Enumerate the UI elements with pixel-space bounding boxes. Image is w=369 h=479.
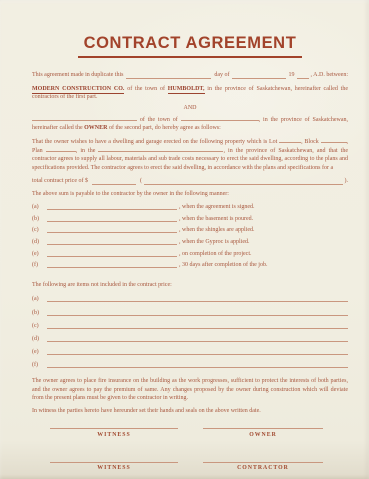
price-amount-blank [92,179,136,185]
first-party-clause: MODERN CONSTRUCTION CO. of the town of H… [32,85,348,101]
contractor-company-name: MODERN CONSTRUCTION CO. [32,86,124,94]
signature-field: OWNER [203,428,323,438]
intro-line: This agreement made in duplicate this da… [32,71,348,79]
payment-item-label: (c) [32,226,47,234]
property-text-5: , in the [76,148,99,154]
exclusion-item-blank [47,349,348,355]
price-words-blank [144,179,343,185]
property-clause: That the owner wishes to have a dwelling… [32,137,348,172]
contract-agreement-page: CONTRACT AGREEMENT This agreement made i… [0,0,369,479]
plan-blank [46,146,76,152]
exclusion-item-label: (b) [32,309,47,317]
contractor-label: CONTRACTOR [203,465,323,471]
exclusion-item: (f) [32,361,348,369]
exclusion-item: (b) [32,309,348,317]
exclusion-item: (c) [32,322,348,330]
price-text-1: total contract price of $ [32,177,88,185]
exclusion-item-label: (c) [32,322,47,330]
payment-amount-blank [47,262,177,268]
payment-item-label: (d) [32,238,47,246]
signature-field: WITNESS [50,462,178,472]
payment-amount-blank [47,251,177,257]
exclusion-item-label: (f) [32,361,47,369]
year-blank [297,73,309,79]
and-separator: AND [32,105,348,111]
insurance-clause: The owner agrees to place fire insurance… [32,377,348,402]
payment-item: (b) , when the basement is poured. [32,215,348,223]
exclusion-item: (d) [32,335,348,343]
payment-item: (f) , 30 days after completion of the jo… [32,261,348,269]
payment-item: (e) , on completion of the project. [32,250,348,258]
exclusion-item-label: (e) [32,348,47,356]
price-line: total contract price of $ ( ). [32,177,348,185]
owner-label: OWNER [203,432,323,438]
witness-label: WITNESS [50,432,178,438]
owner-word: OWNER [84,125,107,131]
second-party-text-1: of the town of [137,117,181,123]
contractor-town-name: HUMBOLDT, [168,86,205,94]
intro-text-4: , A.D. between: [311,71,349,79]
exclusion-item-blank [47,336,348,342]
signature-field: WITNESS [50,428,178,438]
payment-item-text: , when the shingles are applied. [179,226,254,234]
intro-text-2: day of [214,71,229,79]
payment-amount-blank [47,239,177,245]
payment-item-label: (b) [32,215,47,223]
witness-signature-line [50,428,178,429]
payment-item-text: , when the Gyproc is applied. [179,238,249,246]
block-blank [321,137,347,143]
payment-intro: The above sum is payable to the contract… [32,190,348,198]
municipality-blank [98,146,223,152]
witness-signature-line [50,462,178,463]
signature-section: WITNESS OWNER WITNESS CONTRACTOR [32,428,348,471]
payment-item-text: , when the agreement is signed. [179,203,254,211]
property-text-3: , [347,139,349,145]
signature-field: CONTRACTOR [203,462,323,472]
payment-item-label: (f) [32,261,47,269]
payment-item: (c) , when the shingles are applied. [32,226,348,234]
owner-name-blank [32,115,137,121]
payment-item-text: , 30 days after completion of the job. [179,261,267,269]
title-block: CONTRACT AGREEMENT [32,34,348,58]
day-blank [126,73,211,79]
payment-schedule-list: (a) , when the agreement is signed. (b) … [32,203,348,269]
exclusion-item-label: (a) [32,295,47,303]
payment-item-text: , on completion of the project. [179,250,251,258]
payment-amount-blank [47,216,177,222]
second-party-text-3: of the second part, do hereby agree as f… [107,125,220,131]
witness-clause: In witness the parties hereto have hereu… [32,407,348,415]
second-party-clause: of the town of , in the province of Sask… [32,115,348,132]
payment-item-label: (a) [32,203,47,211]
payment-item: (a) , when the agreement is signed. [32,203,348,211]
page-title: CONTRACT AGREEMENT [78,34,303,58]
exclusions-list: (a) (b) (c) (d) (e) (f) [32,295,348,369]
payment-amount-blank [47,204,177,210]
property-text-1: That the owner wishes to have a dwelling… [32,139,279,145]
payment-amount-blank [47,227,177,233]
exclusion-item-blank [47,323,348,329]
payment-item-label: (e) [32,250,47,258]
property-text-4: Plan [32,148,46,154]
lot-blank [279,137,301,143]
exclusion-item: (a) [32,295,348,303]
exclusion-item-blank [47,296,348,302]
first-party-text-1: of the town of [124,86,167,92]
intro-text-1: This agreement made in duplicate this [32,71,123,79]
payment-item-text: , when the basement is poured. [179,215,253,223]
owner-signature-line [203,428,323,429]
exclusions-intro: The following are items not included in … [32,281,348,289]
witness-label: WITNESS [50,465,178,471]
property-text-2: , Block [301,139,320,145]
price-text-2: ( [140,177,142,185]
price-text-3: ). [345,177,349,185]
payment-item: (d) , when the Gyproc is applied. [32,238,348,246]
contractor-signature-line [203,462,323,463]
exclusion-item-blank [47,362,348,368]
exclusion-item-blank [47,310,348,316]
owner-town-blank [181,115,259,121]
exclusion-item-label: (d) [32,335,47,343]
signature-row: WITNESS OWNER [32,428,348,438]
exclusion-item: (e) [32,348,348,356]
signature-row: WITNESS CONTRACTOR [32,462,348,472]
intro-text-3: 19 [289,71,295,79]
month-blank [232,73,285,79]
